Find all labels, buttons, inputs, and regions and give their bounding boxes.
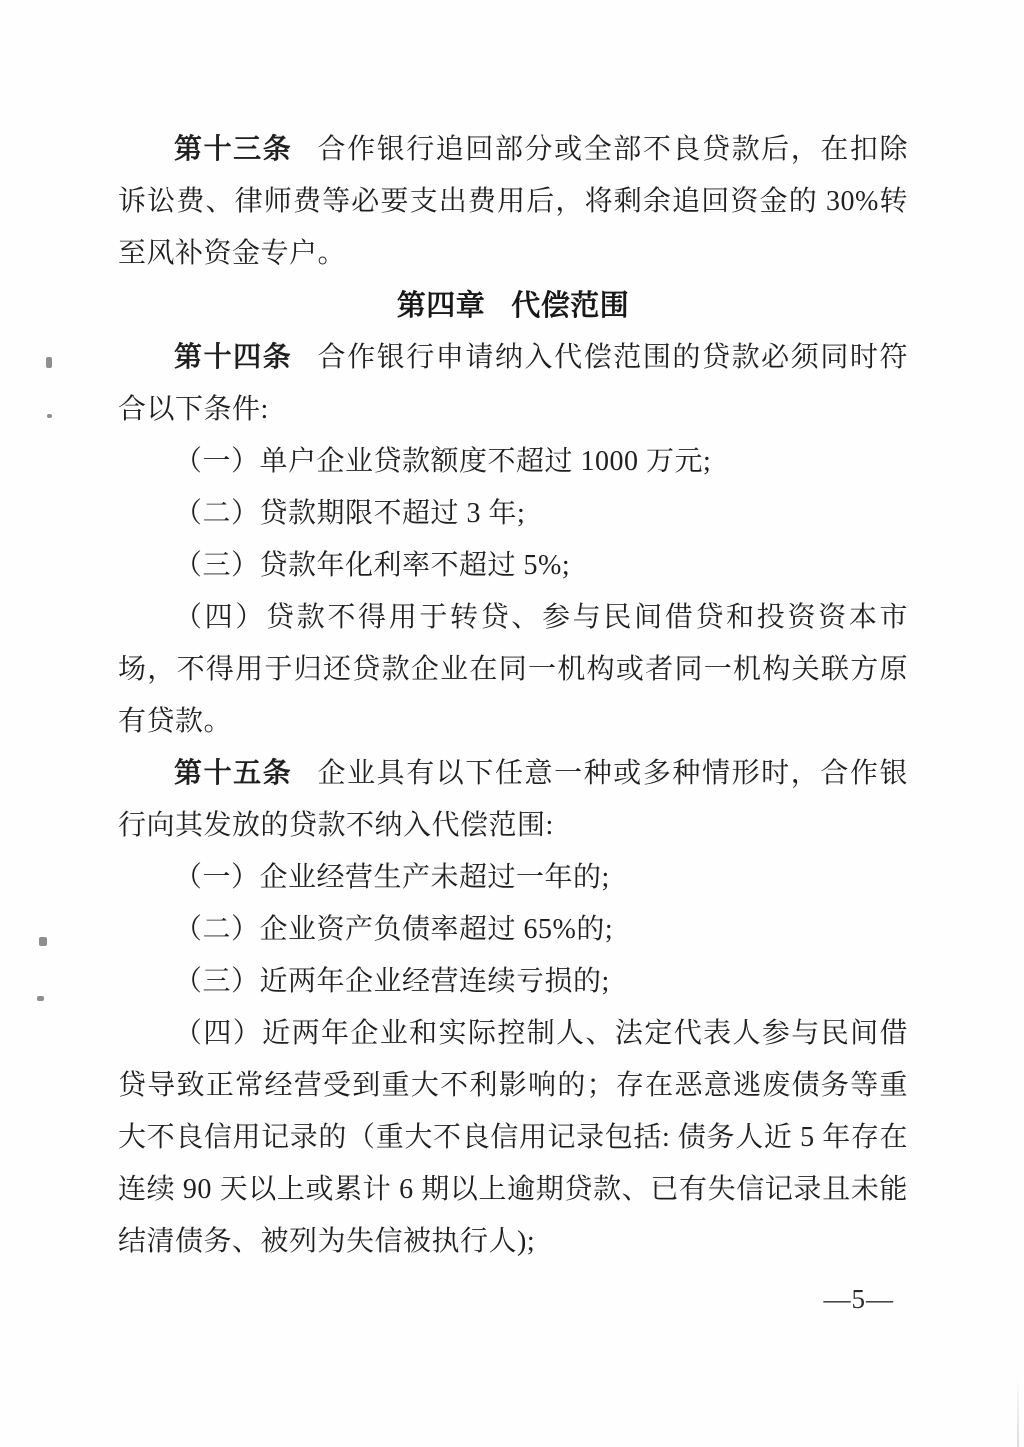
article-14: 第十四条合作银行申请纳入代偿范围的贷款必须同时符合以下条件:	[118, 332, 908, 436]
chapter-heading: 第四章代偿范围	[118, 280, 908, 332]
document-page: 第十三条合作银行追回部分或全部不良贷款后，在扣除诉讼费、律师费等必要支出费用后，…	[0, 0, 1024, 1447]
article-15-item-3: （三）近两年企业经营连续亏损的;	[118, 956, 908, 1008]
scan-edge-shadow	[1017, 1377, 1019, 1447]
article-14-number: 第十四条	[174, 342, 292, 373]
chapter-title: 代偿范围	[511, 290, 629, 322]
article-14-item-1: （一）单户企业贷款额度不超过 1000 万元;	[118, 436, 908, 488]
article-15-number: 第十五条	[174, 758, 292, 789]
article-13: 第十三条合作银行追回部分或全部不良贷款后，在扣除诉讼费、律师费等必要支出费用后，…	[118, 124, 908, 280]
article-15: 第十五条企业具有以下任意一种或多种情形时，合作银行向其发放的贷款不纳入代偿范围:	[118, 748, 908, 852]
article-15-item-2: （二）企业资产负债率超过 65%的;	[118, 904, 908, 956]
article-13-number: 第十三条	[174, 134, 292, 165]
document-body: 第十三条合作银行追回部分或全部不良贷款后，在扣除诉讼费、律师费等必要支出费用后，…	[118, 124, 908, 1268]
scan-speck	[37, 996, 44, 1001]
scan-speck	[46, 357, 52, 368]
chapter-number: 第四章	[397, 290, 486, 322]
article-14-item-3: （三）贷款年化利率不超过 5%;	[118, 540, 908, 592]
scan-speck	[47, 414, 52, 418]
article-15-item-4: （四）近两年企业和实际控制人、法定代表人参与民间借贷导致正常经营受到重大不利影响…	[118, 1008, 908, 1268]
page-number: —5—	[824, 1284, 895, 1314]
article-15-item-1: （一）企业经营生产未超过一年的;	[118, 852, 908, 904]
scan-speck	[39, 937, 47, 946]
article-14-item-2: （二）贷款期限不超过 3 年;	[118, 488, 908, 540]
article-14-item-4: （四）贷款不得用于转贷、参与民间借贷和投资资本市场，不得用于归还贷款企业在同一机…	[118, 592, 908, 748]
